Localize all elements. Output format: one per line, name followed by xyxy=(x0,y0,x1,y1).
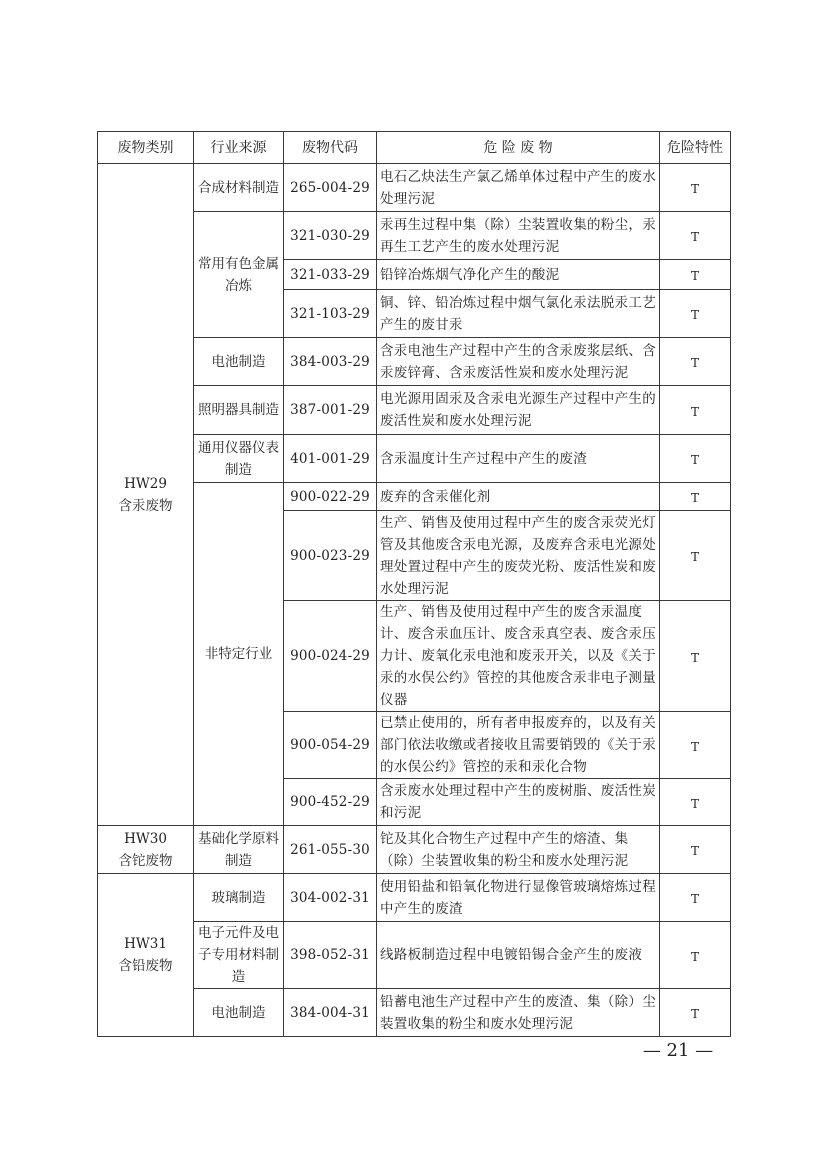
hazard-characteristic: T xyxy=(660,779,731,826)
hazard-characteristic: T xyxy=(660,483,731,511)
category-cell-hw31: HW31 含铅废物 xyxy=(98,874,194,1037)
waste-code: 900-022-29 xyxy=(284,483,377,511)
hazardous-waste-table: 废物类别 行业来源 废物代码 危 险 废 物 危险特性 HW29 含汞废物 合成… xyxy=(97,131,731,1037)
waste-code: 398-052-31 xyxy=(284,922,377,989)
waste-description: 使用铅盐和铅氧化物进行显像管玻璃熔炼过程中产生的废渣 xyxy=(377,874,660,922)
category-code: HW29 xyxy=(98,473,193,495)
industry-cell: 合成材料制造 xyxy=(194,164,284,212)
waste-description: 电光源用固汞及含汞电光源生产过程中产生的废活性炭和废水处理污泥 xyxy=(377,386,660,435)
industry-cell: 非特定行业 xyxy=(194,483,284,826)
header-code: 废物代码 xyxy=(284,132,377,164)
waste-code: 384-003-29 xyxy=(284,338,377,386)
waste-description: 生产、销售及使用过程中产生的废含汞荧光灯管及其他废含汞电光源，及废弃含汞电光源处… xyxy=(377,511,660,601)
category-name: 含汞废物 xyxy=(98,495,193,517)
hazard-characteristic: T xyxy=(660,386,731,435)
waste-description: 铊及其化合物生产过程中产生的熔渣、集（除）尘装置收集的粉尘和废水处理污泥 xyxy=(377,826,660,874)
hazard-characteristic: T xyxy=(660,874,731,922)
industry-cell: 通用仪器仪表制造 xyxy=(194,435,284,483)
table-row: HW30 含铊废物 基础化学原料制造 261-055-30 铊及其化合物生产过程… xyxy=(98,826,731,874)
waste-code: 900-024-29 xyxy=(284,601,377,712)
waste-description: 铅锌冶炼烟气净化产生的酸泥 xyxy=(377,260,660,290)
hazard-characteristic: T xyxy=(660,164,731,212)
industry-cell: 电子元件及电子专用材料制造 xyxy=(194,922,284,989)
hazard-characteristic: T xyxy=(660,338,731,386)
header-waste: 危 险 废 物 xyxy=(377,132,660,164)
hazard-characteristic: T xyxy=(660,601,731,712)
hazard-characteristic: T xyxy=(660,826,731,874)
industry-cell: 玻璃制造 xyxy=(194,874,284,922)
waste-code: 900-023-29 xyxy=(284,511,377,601)
waste-code: 265-004-29 xyxy=(284,164,377,212)
category-code: HW30 xyxy=(98,828,193,850)
hazard-characteristic: T xyxy=(660,435,731,483)
hazard-characteristic: T xyxy=(660,712,731,779)
industry-cell: 电池制造 xyxy=(194,989,284,1037)
category-cell-hw29: HW29 含汞废物 xyxy=(98,164,194,826)
waste-description: 生产、销售及使用过程中产生的废含汞温度计、废含汞血压计、废含汞真空表、废含汞压力… xyxy=(377,601,660,712)
waste-code: 321-033-29 xyxy=(284,260,377,290)
category-cell-hw30: HW30 含铊废物 xyxy=(98,826,194,874)
category-code: HW31 xyxy=(98,933,193,955)
industry-cell: 照明器具制造 xyxy=(194,386,284,435)
waste-code: 321-030-29 xyxy=(284,212,377,260)
industry-cell: 电池制造 xyxy=(194,338,284,386)
page-number: — 21 — xyxy=(630,1040,726,1061)
waste-description: 汞再生过程中集（除）尘装置收集的粉尘，汞再生工艺产生的废水处理污泥 xyxy=(377,212,660,260)
table-row: HW29 含汞废物 合成材料制造 265-004-29 电石乙炔法生产氯乙烯单体… xyxy=(98,164,731,212)
category-name: 含铅废物 xyxy=(98,955,193,977)
hazard-characteristic: T xyxy=(660,922,731,989)
waste-code: 401-001-29 xyxy=(284,435,377,483)
waste-code: 900-054-29 xyxy=(284,712,377,779)
header-category: 废物类别 xyxy=(98,132,194,164)
waste-description: 铅蓄电池生产过程中产生的废渣、集（除）尘装置收集的粉尘和废水处理污泥 xyxy=(377,989,660,1037)
hazard-characteristic: T xyxy=(660,989,731,1037)
waste-description: 线路板制造过程中电镀铅锡合金产生的废液 xyxy=(377,922,660,989)
waste-description: 含汞温度计生产过程中产生的废渣 xyxy=(377,435,660,483)
waste-code: 304-002-31 xyxy=(284,874,377,922)
waste-description: 含汞废水处理过程中产生的废树脂、废活性炭和污泥 xyxy=(377,779,660,826)
waste-code: 321-103-29 xyxy=(284,290,377,338)
waste-description: 已禁止使用的，所有者申报废弃的，以及有关部门依法收缴或者接收且需要销毁的《关于汞… xyxy=(377,712,660,779)
waste-code: 261-055-30 xyxy=(284,826,377,874)
waste-code: 384-004-31 xyxy=(284,989,377,1037)
waste-description: 电石乙炔法生产氯乙烯单体过程中产生的废水处理污泥 xyxy=(377,164,660,212)
table-row: HW31 含铅废物 玻璃制造 304-002-31 使用铅盐和铅氧化物进行显像管… xyxy=(98,874,731,922)
waste-code: 387-001-29 xyxy=(284,386,377,435)
waste-description: 铜、锌、铅冶炼过程中烟气氯化汞法脱汞工艺产生的废甘汞 xyxy=(377,290,660,338)
header-industry: 行业来源 xyxy=(194,132,284,164)
waste-code: 900-452-29 xyxy=(284,779,377,826)
category-name: 含铊废物 xyxy=(98,850,193,872)
industry-cell: 基础化学原料制造 xyxy=(194,826,284,874)
hazard-characteristic: T xyxy=(660,290,731,338)
table-header-row: 废物类别 行业来源 废物代码 危 险 废 物 危险特性 xyxy=(98,132,731,164)
hazard-characteristic: T xyxy=(660,511,731,601)
hazard-characteristic: T xyxy=(660,212,731,260)
header-hazard: 危险特性 xyxy=(660,132,731,164)
industry-cell: 常用有色金属冶炼 xyxy=(194,212,284,338)
hazard-characteristic: T xyxy=(660,260,731,290)
waste-description: 废弃的含汞催化剂 xyxy=(377,483,660,511)
waste-description: 含汞电池生产过程中产生的含汞废浆层纸、含汞废锌膏、含汞废活性炭和废水处理污泥 xyxy=(377,338,660,386)
